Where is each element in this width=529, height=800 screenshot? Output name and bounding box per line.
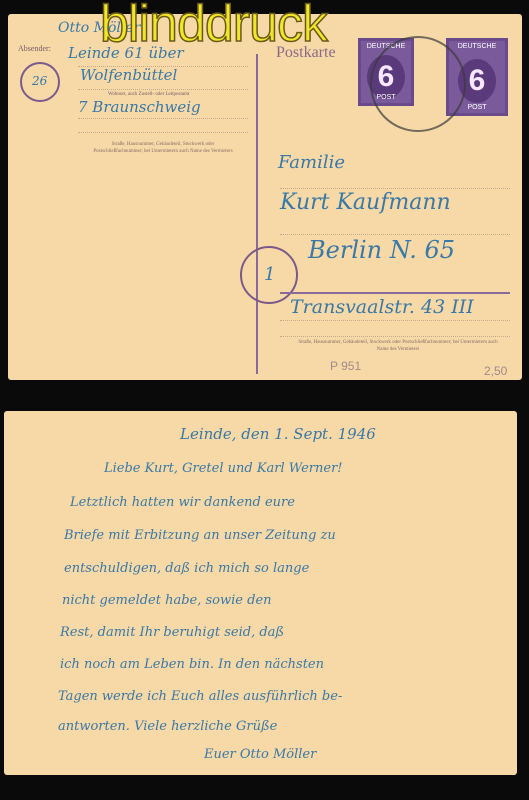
letter-line: ich noch am Leben bin. In den nächsten: [60, 657, 324, 672]
postcard-front: Absender: 26 Otto Möller Leinde 61 über …: [8, 14, 522, 380]
letter-line: Rest, damit Ihr beruhigt seid, daß: [60, 625, 284, 640]
postcard-back: Leinde, den 1. Sept. 1946 Liebe Kurt, Gr…: [4, 411, 517, 775]
letter-signature: Euer Otto Möller: [204, 747, 316, 762]
letter-date: Leinde, den 1. Sept. 1946: [180, 425, 376, 443]
letter-line: Letztlich hatten wir dankend eure: [70, 495, 295, 510]
letter-line: Briefe mit Erbitzung an unser Zeitung zu: [64, 528, 336, 543]
pencil-price: 2,50: [484, 364, 507, 378]
sender-circle: 26: [20, 62, 60, 102]
letter-line: entschuldigen, daß ich mich so lange: [64, 561, 309, 576]
sender-town: Wolfenbüttel: [80, 66, 177, 84]
watermark: blinddruck: [100, 0, 327, 50]
letter-line: nicht gemeldet habe, sowie den: [62, 593, 272, 608]
divider-line: [256, 54, 258, 374]
letter-line: antworten. Viele herzliche Grüße: [58, 719, 277, 734]
sender-label: Absender:: [18, 44, 51, 53]
recipient-street: Transvaalstr. 43 III: [290, 296, 474, 318]
recipient-name: Kurt Kaufmann: [280, 190, 451, 215]
sender-region: 7 Braunschweig: [78, 98, 201, 116]
letter-line: Tagen werde ich Euch alles ausführlich b…: [58, 689, 342, 704]
postmark: [370, 36, 466, 132]
letter-line: Liebe Kurt, Gretel und Karl Werner!: [104, 461, 343, 476]
recipient-city: Berlin N. 65: [308, 236, 455, 264]
pencil-catalog-number: P 951: [330, 359, 361, 373]
recipient-line-1: Familie: [278, 152, 345, 173]
